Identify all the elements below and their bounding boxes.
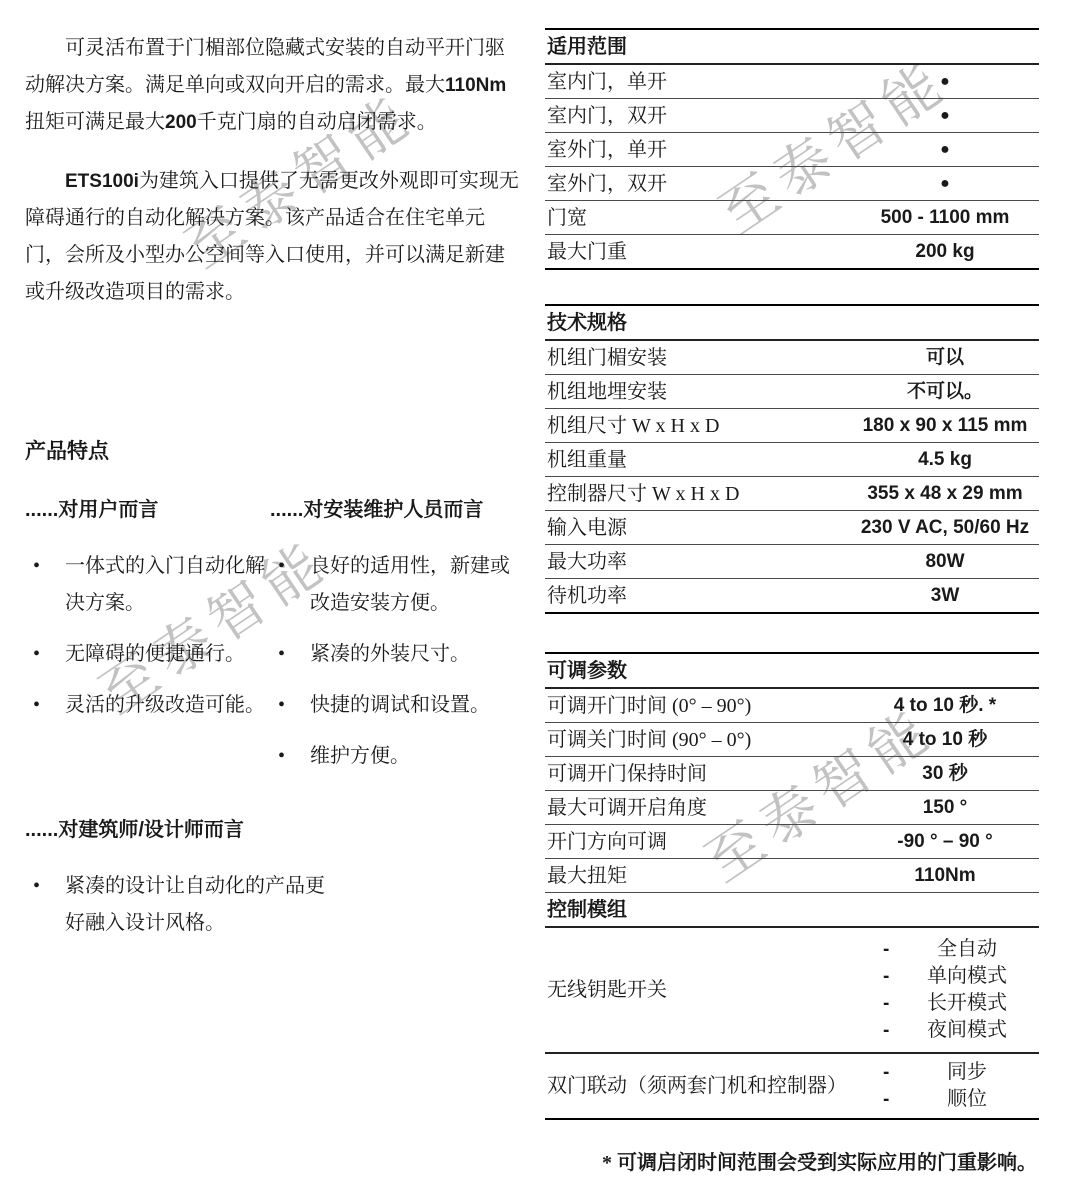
table-row: 开门方向可调 -90 ° – 90 ° — [545, 825, 1039, 859]
row-value: 4 to 10 秒 — [851, 728, 1039, 752]
text-segment-bold: ETS100i — [65, 171, 139, 192]
row-value: ● — [851, 70, 1039, 94]
text-segment-bold: 200 — [165, 112, 197, 133]
row-value: 3W — [851, 584, 1039, 608]
feature-item: 无障碍的便捷通行。 — [25, 636, 270, 673]
row-label: 可调关门时间 (90° – 0°) — [545, 727, 851, 753]
row-value: 不可以。 — [851, 380, 1039, 404]
table-row: 室内门，单开 ● — [545, 65, 1039, 99]
feature-list: 一体式的入门自动化解决方案。 无障碍的便捷通行。 灵活的升级改造可能。 — [25, 548, 270, 724]
table-row: 可调开门时间 (0° – 90°) 4 to 10 秒. * — [545, 689, 1039, 723]
row-value: 4.5 kg — [851, 448, 1039, 472]
row-value: 355 x 48 x 29 mm — [851, 482, 1039, 506]
features-title: 产品特点 — [25, 435, 519, 465]
table-row: 室外门，双开 ● — [545, 167, 1039, 201]
row-label: 可调开门时间 (0° – 90°) — [545, 693, 851, 719]
intro-paragraph-2: ETS100i为建筑入口提供了无需更改外观即可实现无障碍通行的自动化解决方案。该… — [25, 163, 519, 311]
row-value-list: 同步 顺位 — [851, 1059, 1039, 1113]
feature-item: 紧凑的设计让自动化的产品更好融入设计风格。 — [25, 868, 325, 942]
table-row: 双门联动（须两套门机和控制器） 同步 顺位 — [545, 1054, 1039, 1120]
right-column: 适用范围 室内门，单开 ● 室内门，双开 ● 室外门，单开 ● 室外门，双开 ●… — [545, 28, 1039, 1176]
row-value: 230 V AC, 50/60 Hz — [851, 516, 1039, 540]
table-row: 最大门重 200 kg — [545, 235, 1039, 270]
feature-item: 一体式的入门自动化解决方案。 — [25, 548, 270, 622]
value-list-item: 全自动 — [877, 936, 1013, 963]
row-value: 150 ° — [851, 796, 1039, 820]
table-row: 控制器尺寸 W x H x D 355 x 48 x 29 mm — [545, 477, 1039, 511]
table-title: 可调参数 — [545, 654, 1039, 689]
table-title: 技术规格 — [545, 306, 1039, 341]
left-column: 可灵活布置于门楣部位隐藏式安装的自动平开门驱动解决方案。满足单向或双向开启的需求… — [25, 30, 519, 956]
row-value: -90 ° – 90 ° — [851, 830, 1039, 854]
row-label: 室外门，单开 — [545, 137, 851, 163]
row-label: 输入电源 — [545, 515, 851, 541]
table-row: 机组门楣安装 可以 — [545, 341, 1039, 375]
row-label: 最大功率 — [545, 549, 851, 575]
row-label: 最大门重 — [545, 239, 851, 265]
table-row: 室外门，单开 ● — [545, 133, 1039, 167]
row-label: 室内门，双开 — [545, 103, 851, 129]
value-text: 全自动 — [921, 936, 1013, 963]
table-row: 机组尺寸 W x H x D 180 x 90 x 115 mm — [545, 409, 1039, 443]
table-control-module: 控制模组 无线钥匙开关 全自动 单向模式 长开模式 夜间模式 双门联动（须两套门… — [545, 893, 1039, 1120]
table-row: 待机功率 3W — [545, 579, 1039, 614]
text-segment: 可灵活布置于门楣部位隐藏式安装的自动平开门驱动解决方案。满足单向或双向开启的需求… — [25, 37, 505, 96]
row-label: 机组地埋安装 — [545, 379, 851, 405]
row-value: 80W — [851, 550, 1039, 574]
row-value: 30 秒 — [851, 762, 1039, 786]
table-row: 可调开门保持时间 30 秒 — [545, 757, 1039, 791]
value-list-item: 夜间模式 — [877, 1017, 1013, 1044]
value-text: 顺位 — [921, 1086, 1013, 1113]
text-segment: 千克门扇的自动启闭需求。 — [197, 111, 437, 133]
row-value: ● — [851, 172, 1039, 196]
feature-group-heading: ......对建筑师/设计师而言 — [25, 813, 519, 842]
value-text: 同步 — [921, 1059, 1013, 1086]
table-applicable-range: 适用范围 室内门，单开 ● 室内门，双开 ● 室外门，单开 ● 室外门，双开 ●… — [545, 28, 1039, 270]
row-value: 500 - 1100 mm — [851, 206, 1039, 230]
row-label: 开门方向可调 — [545, 829, 851, 855]
table-row: 无线钥匙开关 全自动 单向模式 长开模式 夜间模式 — [545, 928, 1039, 1054]
table-row: 最大功率 80W — [545, 545, 1039, 579]
row-label: 门宽 — [545, 205, 851, 231]
value-text: 夜间模式 — [921, 1017, 1013, 1044]
row-value: 110Nm — [851, 864, 1039, 888]
row-value: 可以 — [851, 346, 1039, 370]
row-label: 机组门楣安装 — [545, 345, 851, 371]
text-segment: 扭矩可满足最大 — [25, 111, 165, 133]
row-value-list: 全自动 单向模式 长开模式 夜间模式 — [851, 936, 1039, 1044]
row-label: 最大扭矩 — [545, 863, 851, 889]
row-label: 最大可调开启角度 — [545, 795, 851, 821]
table-adjustable-params: 可调参数 可调开门时间 (0° – 90°) 4 to 10 秒. * 可调关门… — [545, 652, 1039, 893]
feature-item: 快捷的调试和设置。 — [270, 687, 519, 724]
feature-group-installers: ......对安装维护人员而言 良好的适用性，新建或改造安装方便。 紧凑的外装尺… — [270, 493, 519, 789]
value-list-item: 长开模式 — [877, 990, 1013, 1017]
row-value: 200 kg — [851, 240, 1039, 264]
feature-item: 灵活的升级改造可能。 — [25, 687, 270, 724]
feature-item: 维护方便。 — [270, 738, 519, 775]
row-label: 机组尺寸 W x H x D — [545, 413, 851, 439]
table-row: 室内门，双开 ● — [545, 99, 1039, 133]
table-technical-specs: 技术规格 机组门楣安装 可以 机组地埋安装 不可以。 机组尺寸 W x H x … — [545, 304, 1039, 614]
feature-item: 良好的适用性，新建或改造安装方便。 — [270, 548, 519, 622]
value-list-item: 顺位 — [877, 1086, 1013, 1113]
row-label: 待机功率 — [545, 583, 851, 609]
feature-list: 良好的适用性，新建或改造安装方便。 紧凑的外装尺寸。 快捷的调试和设置。 维护方… — [270, 548, 519, 775]
intro-paragraph-1: 可灵活布置于门楣部位隐藏式安装的自动平开门驱动解决方案。满足单向或双向开启的需求… — [25, 30, 519, 141]
row-value: 180 x 90 x 115 mm — [851, 414, 1039, 438]
row-value: 4 to 10 秒. * — [851, 694, 1039, 718]
row-label: 无线钥匙开关 — [545, 977, 851, 1003]
feature-list: 紧凑的设计让自动化的产品更好融入设计风格。 — [25, 868, 325, 942]
datasheet-page: 至泰智能 至泰智能 至泰智能 至泰智能 可灵活布置于门楣部位隐藏式安装的自动平开… — [0, 0, 1080, 1192]
row-value: ● — [851, 104, 1039, 128]
table-row: 输入电源 230 V AC, 50/60 Hz — [545, 511, 1039, 545]
table-title: 控制模组 — [545, 893, 1039, 928]
value-list-item: 同步 — [877, 1059, 1013, 1086]
text-segment-bold: 110Nm — [445, 75, 506, 96]
table-row: 最大可调开启角度 150 ° — [545, 791, 1039, 825]
row-label: 双门联动（须两套门机和控制器） — [545, 1073, 851, 1099]
row-label: 可调开门保持时间 — [545, 761, 851, 787]
feature-group-heading: ......对用户而言 — [25, 493, 270, 522]
feature-group-heading: ......对安装维护人员而言 — [270, 493, 519, 522]
feature-grid: ......对用户而言 一体式的入门自动化解决方案。 无障碍的便捷通行。 灵活的… — [25, 493, 519, 789]
row-label: 室内门，单开 — [545, 69, 851, 95]
feature-group-architects: ......对建筑师/设计师而言 紧凑的设计让自动化的产品更好融入设计风格。 — [25, 813, 519, 942]
row-value: ● — [851, 138, 1039, 162]
value-list-item: 单向模式 — [877, 963, 1013, 990]
table-row: 机组地埋安装 不可以。 — [545, 375, 1039, 409]
footnote: * 可调启闭时间范围会受到实际应用的门重影响。 — [545, 1150, 1039, 1176]
feature-item: 紧凑的外装尺寸。 — [270, 636, 519, 673]
table-row: 机组重量 4.5 kg — [545, 443, 1039, 477]
row-label: 室外门，双开 — [545, 171, 851, 197]
row-label: 机组重量 — [545, 447, 851, 473]
feature-group-users: ......对用户而言 一体式的入门自动化解决方案。 无障碍的便捷通行。 灵活的… — [25, 493, 270, 789]
value-text: 单向模式 — [921, 963, 1013, 990]
table-row: 最大扭矩 110Nm — [545, 859, 1039, 893]
value-text: 长开模式 — [921, 990, 1013, 1017]
table-row: 可调关门时间 (90° – 0°) 4 to 10 秒 — [545, 723, 1039, 757]
table-title: 适用范围 — [545, 30, 1039, 65]
table-row: 门宽 500 - 1100 mm — [545, 201, 1039, 235]
row-label: 控制器尺寸 W x H x D — [545, 481, 851, 507]
